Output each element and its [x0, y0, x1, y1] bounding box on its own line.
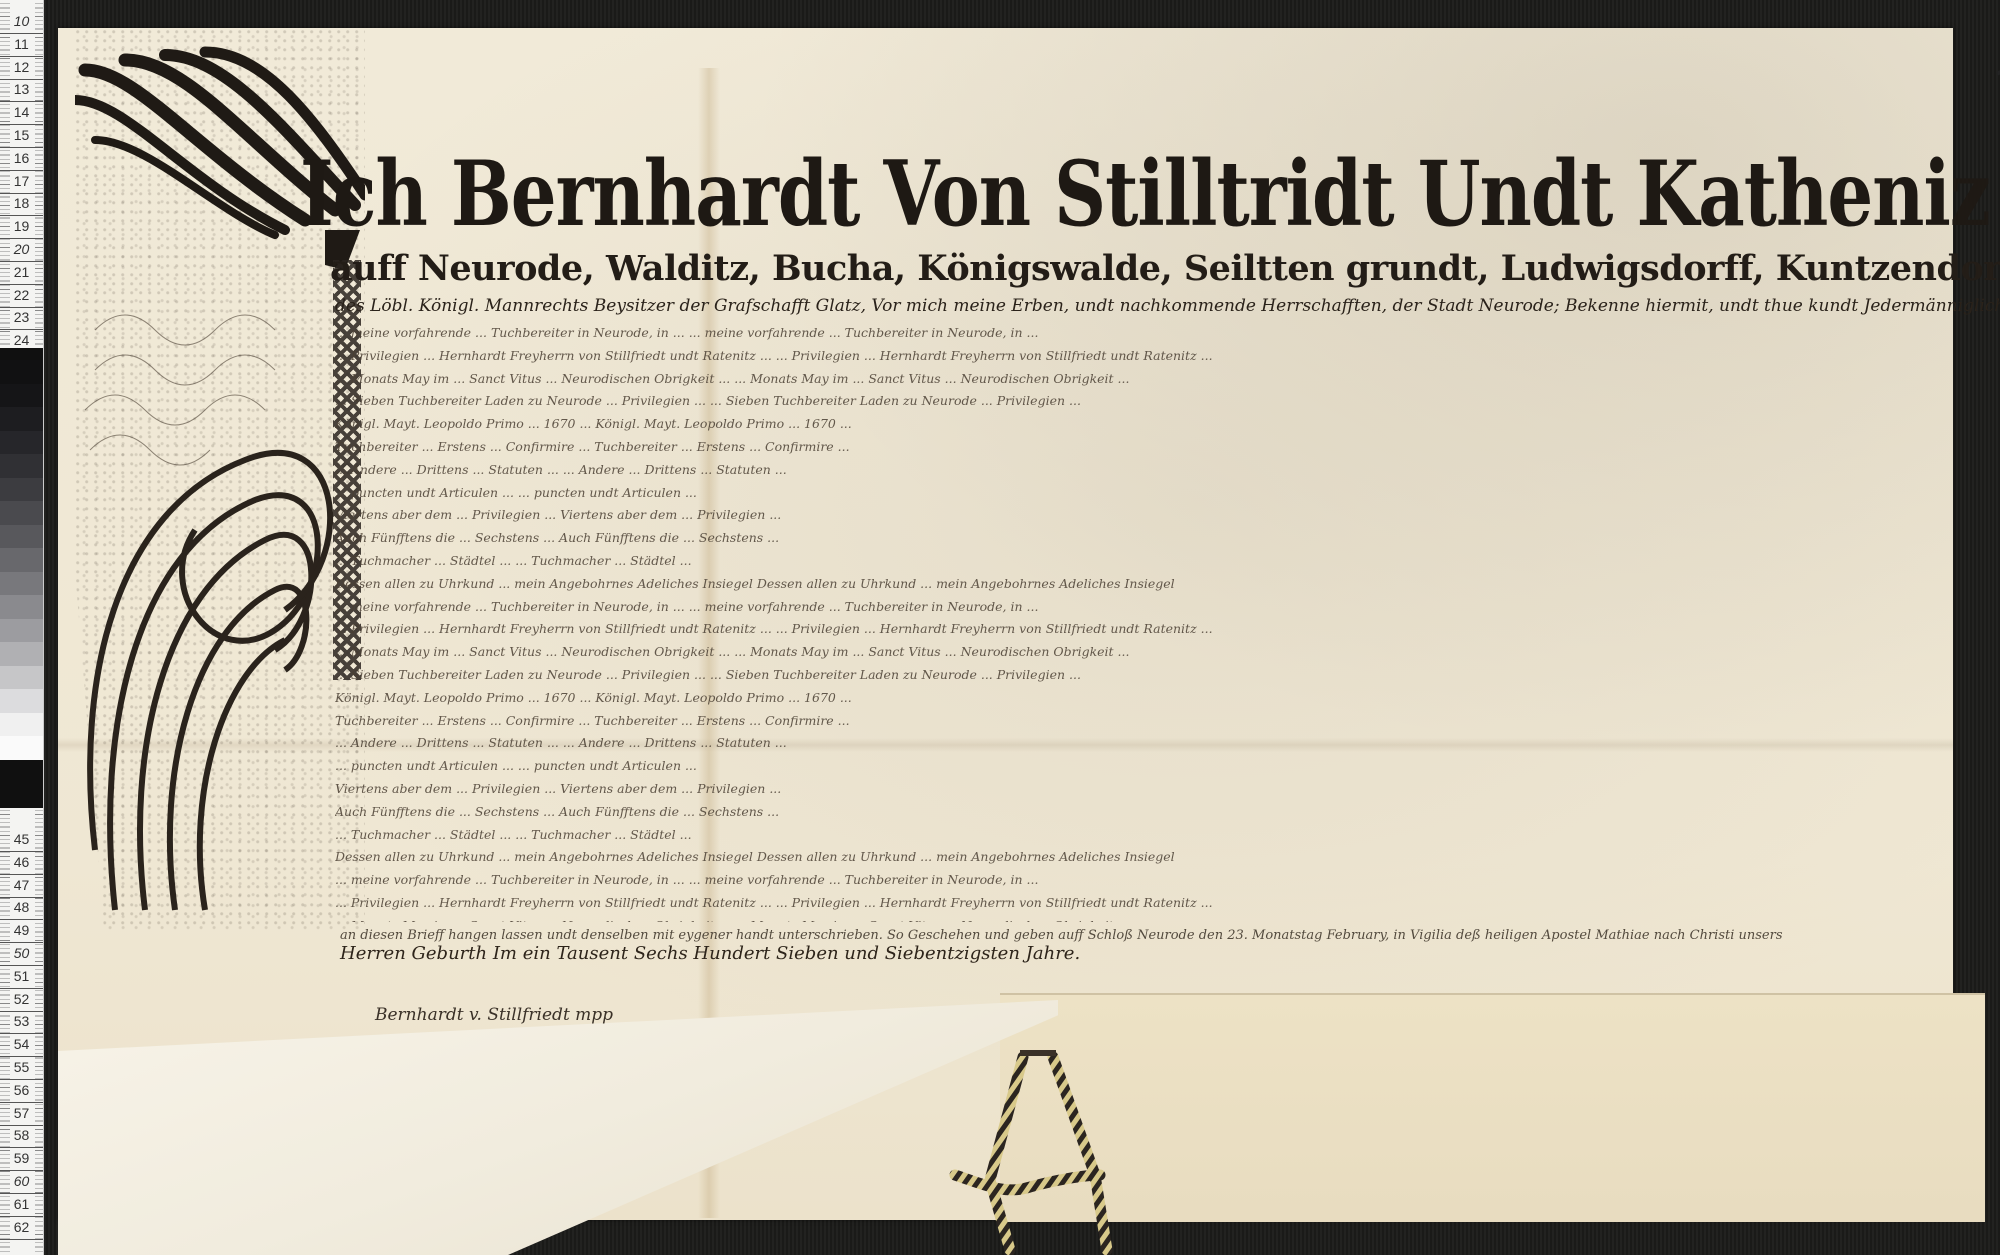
body-line: Tuchbereiter ... Erstens ... Confirmire …: [335, 436, 1895, 459]
body-line: Königl. Mayt. Leopoldo Primo ... 1670 ..…: [335, 413, 1895, 436]
grayscale-step: [0, 689, 43, 713]
ruler-mark: 60: [0, 1170, 43, 1194]
ruler-mark: 15: [0, 124, 43, 148]
body-line: ... Andere ... Drittens ... Statuten ...…: [335, 459, 1895, 482]
body-line: Viertens aber dem ... Privilegien ... Vi…: [335, 778, 1895, 801]
body-line: ... Privilegien ... Hernhardt Freyherrn …: [335, 345, 1895, 368]
ruler-mark: 10: [0, 10, 43, 34]
grayscale-step: [0, 360, 43, 384]
ruler-mark: 53: [0, 1010, 43, 1034]
grayscale-step: [0, 595, 43, 619]
charter-titles-line: auff Neurode, Walditz, Bucha, Königswald…: [330, 248, 1930, 289]
grayscale-step: [0, 384, 43, 408]
grayscale-step: [0, 619, 43, 643]
ruler-mark: 16: [0, 147, 43, 171]
ruler-mark: 58: [0, 1124, 43, 1148]
body-line: ... meine vorfahrende ... Tuchbereiter i…: [335, 869, 1895, 892]
ruler-mark: 19: [0, 215, 43, 239]
ruler-mark: 52: [0, 988, 43, 1012]
body-line: Dessen allen zu Uhrkund ... mein Angeboh…: [335, 846, 1895, 869]
body-line: Auch Fünfftens die ... Sechstens ... Auc…: [335, 801, 1895, 824]
body-line: ... meine vorfahrende ... Tuchbereiter i…: [335, 322, 1895, 345]
braided-cord-icon: [925, 1035, 1135, 1255]
grayscale-step: [0, 501, 43, 525]
body-line: ... Monats May im ... Sanct Vitus ... Ne…: [335, 368, 1895, 391]
grayscale-step: [0, 666, 43, 690]
ruler-mark: 56: [0, 1079, 43, 1103]
closing-line-2: Herren Geburth Im ein Tausent Sechs Hund…: [340, 943, 1783, 964]
grayscale-step: [0, 736, 43, 760]
charter-closing: an diesen Brieff hangen lassen undt dens…: [340, 928, 1783, 964]
ruler-mark: 23: [0, 306, 43, 330]
ruler-mark: 20: [0, 238, 43, 262]
grayscale-step: [0, 713, 43, 737]
ruler-mark: 46: [0, 851, 43, 875]
grayscale-step: [0, 572, 43, 596]
ruler-mark: 13: [0, 78, 43, 102]
charter-headline: Ich Bernhardt Von Stilltridt Undt Kathen…: [300, 140, 1880, 246]
body-line: Auch Fünfftens die ... Sechstens ... Auc…: [335, 527, 1895, 550]
ruler-mark: 61: [0, 1193, 43, 1217]
ruler-mark: 18: [0, 192, 43, 216]
grayscale-step: [0, 454, 43, 478]
grayscale-step: [0, 548, 43, 572]
plica-fold: [1000, 993, 1985, 1222]
ruler-mark: 14: [0, 101, 43, 125]
ruler-mark: 22: [0, 284, 43, 308]
seal-cord: [925, 1035, 1135, 1255]
body-line: ... meine vorfahrende ... Tuchbereiter i…: [335, 596, 1895, 619]
body-line: Dessen allen zu Uhrkund ... mein Angeboh…: [335, 573, 1895, 596]
ruler-mark: 62: [0, 1216, 43, 1240]
ruler-mark: 48: [0, 896, 43, 920]
body-line: ... Privilegien ... Hernhardt Freyherrn …: [335, 892, 1895, 915]
ruler-mark: 50: [0, 942, 43, 966]
body-line: ... Sieben Tuchbereiter Laden zu Neurode…: [335, 664, 1895, 687]
body-line: ... Tuchmacher ... Städtel ... ... Tuchm…: [335, 550, 1895, 573]
body-line: ... puncten undt Articulen ... ... punct…: [335, 482, 1895, 505]
body-line: Königl. Mayt. Leopoldo Primo ... 1670 ..…: [335, 687, 1895, 710]
ruler-mark: 12: [0, 56, 43, 80]
body-line: ... Andere ... Drittens ... Statuten ...…: [335, 732, 1895, 755]
ruler-mark: 45: [0, 828, 43, 852]
closing-line-1: an diesen Brieff hangen lassen undt dens…: [340, 928, 1783, 943]
body-line: ... puncten undt Articulen ... ... punct…: [335, 755, 1895, 778]
charter-intitulatio: des Löbl. Königl. Mannrechts Beysitzer d…: [335, 296, 2000, 316]
body-line: ... Tuchmacher ... Städtel ... ... Tuchm…: [335, 824, 1895, 847]
body-line: Tuchbereiter ... Erstens ... Confirmire …: [335, 710, 1895, 733]
measuring-ruler: 101112131415161718192021222324 454647484…: [0, 0, 44, 1255]
ruler-mark: 17: [0, 170, 43, 194]
autograph-signature: Bernhardt v. Stillfriedt mpp: [375, 1005, 613, 1025]
ruler-mark: 57: [0, 1102, 43, 1126]
ruler-mark: 54: [0, 1033, 43, 1057]
grayscale-step: [0, 431, 43, 455]
ruler-mark: 51: [0, 965, 43, 989]
ruler-mark: 47: [0, 874, 43, 898]
body-line: Viertens aber dem ... Privilegien ... Vi…: [335, 504, 1895, 527]
ruler-mark: 59: [0, 1147, 43, 1171]
grayscale-step: [0, 525, 43, 549]
grayscale-card: [0, 360, 43, 760]
grayscale-step: [0, 478, 43, 502]
ruler-mark: 21: [0, 261, 43, 285]
ruler-mark: 49: [0, 919, 43, 943]
charter-body-text: ... meine vorfahrende ... Tuchbereiter i…: [335, 322, 1895, 922]
ruler-mark: 55: [0, 1056, 43, 1080]
grayscale-step: [0, 407, 43, 431]
body-line: ... Monats May im ... Sanct Vitus ... Ne…: [335, 915, 1895, 922]
body-line: ... Monats May im ... Sanct Vitus ... Ne…: [335, 641, 1895, 664]
body-line: ... Sieben Tuchbereiter Laden zu Neurode…: [335, 390, 1895, 413]
grayscale-step: [0, 642, 43, 666]
body-line: ... Privilegien ... Hernhardt Freyherrn …: [335, 618, 1895, 641]
ruler-mark: 11: [0, 33, 43, 57]
